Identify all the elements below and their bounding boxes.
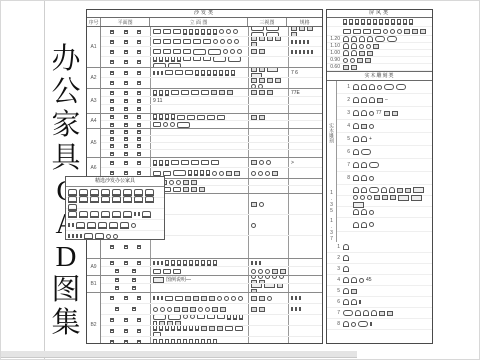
cad-symbol-strip: [352, 209, 375, 215]
cad-symbol-strip: [250, 296, 273, 301]
cad-block-icon: [185, 296, 191, 301]
cad-block-icon: [303, 40, 305, 44]
cad-symbol-strip: [250, 90, 274, 95]
cad-block-icon: [259, 68, 265, 72]
cad-symbol-strip: [342, 266, 350, 272]
table-cell: [249, 78, 289, 88]
cad-symbol-strip: [102, 152, 149, 156]
cad-block-icon: [137, 91, 141, 95]
cad-block-icon: [193, 296, 199, 301]
bottom-edge-strip: [1, 351, 357, 358]
table-cell: [151, 68, 249, 77]
cad-symbol-strip: [102, 161, 149, 165]
cad-block-icon: [355, 310, 361, 316]
cad-block-icon: [177, 326, 181, 331]
cad-block-icon: [303, 50, 305, 54]
cad-block-icon: [382, 195, 388, 200]
table-cell: [289, 293, 322, 303]
table-cell: [151, 105, 249, 113]
table-cell: [249, 37, 289, 46]
cad-symbol-strip: [342, 29, 427, 34]
cad-block-icon: [157, 296, 159, 300]
cad-block-icon: [110, 60, 114, 64]
table-cell: [289, 57, 322, 67]
table-cell: [151, 158, 249, 167]
cad-block-icon: [258, 269, 263, 274]
table-row: [101, 121, 322, 128]
cad-block-icon: [68, 211, 77, 218]
cad-block-icon: [361, 162, 367, 168]
row-label: 8: [328, 321, 342, 327]
cad-block-icon: [142, 211, 151, 218]
cad-block-icon: [110, 137, 114, 141]
table-cell: [249, 105, 289, 113]
cad-block-icon: [355, 19, 359, 25]
row-label: 1.00: [328, 50, 342, 56]
cad-block-icon: [367, 19, 371, 25]
cad-block-icon: [213, 339, 217, 345]
cad-block-icon: [413, 187, 424, 193]
table-cell: [249, 129, 289, 135]
row-label: 1.20: [328, 36, 342, 42]
cad-block-icon: [343, 288, 349, 294]
table-cell: [249, 304, 289, 314]
table-cell: [101, 337, 151, 344]
empty-space: [327, 330, 432, 343]
cad-block-icon: [343, 65, 349, 70]
cad-block-icon: [367, 51, 373, 56]
cad-block-icon: [165, 260, 169, 266]
cad-block-icon: [351, 36, 357, 42]
cad-block-icon: [137, 144, 141, 148]
cad-block-icon: [165, 326, 169, 331]
cad-block-icon: [359, 36, 365, 42]
table-row: [101, 304, 322, 315]
cad-block-icon: [363, 29, 371, 34]
group-code: A4: [87, 114, 101, 128]
cad-symbol-strip: [342, 310, 394, 316]
cad-block-icon: [259, 160, 264, 165]
cad-block-icon: [272, 276, 277, 279]
cad-block-icon: [275, 78, 281, 83]
cad-block-icon: [299, 50, 301, 54]
table-cell: [101, 97, 151, 104]
table-cell: [249, 284, 289, 292]
table-cell: [151, 326, 249, 336]
title-char: 图: [51, 274, 80, 307]
cad-block-icon: [124, 71, 128, 75]
cad-block-icon: [353, 162, 359, 168]
cad-block-icon: [173, 49, 181, 54]
subtable-row: [66, 209, 164, 220]
table-row: [101, 143, 322, 150]
cad-block-icon: [396, 84, 406, 90]
cad-block-icon: [201, 339, 205, 345]
cad-block-icon: [366, 44, 371, 49]
cad-symbol-strip: [250, 160, 272, 165]
micro-text: >: [291, 160, 294, 166]
cad-block-icon: [173, 29, 181, 34]
cad-block-icon: [183, 39, 191, 44]
cad-symbol-strip: 45: [342, 277, 373, 283]
cad-block-icon: [390, 29, 395, 34]
cad-block-icon: [251, 73, 262, 77]
cad-block-icon: [201, 326, 207, 331]
block-side-label: 1.37: [327, 218, 337, 242]
cad-block-icon: [137, 161, 141, 165]
cad-block-icon: [153, 277, 164, 283]
title-char: 具: [51, 142, 80, 175]
cad-block-icon: [213, 39, 218, 44]
cad-block-icon: [124, 171, 128, 175]
cad-block-icon: [193, 39, 201, 44]
cad-block-icon: [259, 49, 265, 54]
cad-block-icon: [258, 171, 263, 176]
cad-block-icon: [205, 307, 210, 312]
cad-block-icon: [360, 195, 365, 200]
cad-block-icon: [199, 187, 205, 192]
table-row: 0.60: [327, 64, 432, 71]
row-label: 7: [338, 162, 352, 168]
cad-block-icon: [132, 286, 136, 290]
cad-symbol-strip: [152, 296, 244, 301]
cad-block-icon: [351, 322, 356, 327]
cad-block-icon: [183, 326, 187, 331]
cad-block-icon: [115, 269, 119, 273]
cad-symbol-strip: [290, 40, 310, 44]
cad-block-icon: [161, 261, 163, 265]
cad-block-icon: [223, 49, 228, 54]
cad-block-icon: [170, 122, 175, 127]
cad-block-icon: [167, 321, 173, 325]
cad-block-icon: [220, 39, 225, 44]
cad-symbol-strip: [67, 211, 152, 218]
cad-block-icon: [207, 70, 211, 76]
table-row: 7: [337, 159, 432, 172]
cad-symbol-strip: [67, 189, 155, 196]
cad-block-icon: [201, 160, 209, 165]
cad-block-icon: [361, 19, 365, 25]
table-cell: [151, 259, 249, 266]
column-header: 平面图: [101, 18, 151, 26]
cad-symbol-strip: [152, 57, 247, 67]
table-group: A9: [87, 259, 322, 276]
cad-block-icon: [266, 160, 271, 165]
cad-block-icon: [265, 269, 270, 274]
table-row: 1.20: [327, 36, 432, 43]
table-group: B1图例说明—: [87, 276, 322, 293]
table-cell: [101, 57, 151, 67]
table-group: A5: [87, 129, 322, 158]
table-cell: [289, 284, 322, 292]
cad-block-icon: [353, 110, 359, 116]
table-row: [101, 129, 322, 136]
table-cell: [249, 121, 289, 128]
group-code: A3: [87, 89, 101, 113]
cad-block-icon: [79, 211, 88, 218]
cad-symbol-strip: [102, 91, 149, 95]
cad-block-icon: [124, 30, 128, 34]
cad-block-icon: [351, 277, 357, 283]
cad-block-icon: [110, 329, 114, 333]
cad-block-icon: [124, 130, 128, 134]
cad-block-icon: [251, 284, 262, 288]
cad-block-icon: [266, 27, 279, 31]
cad-block-icon: [357, 58, 363, 63]
cad-block-icon: [76, 234, 78, 238]
cad-symbol-strip: [250, 307, 266, 312]
cad-block-icon: [153, 71, 155, 75]
cad-symbol-strip: 77E: [290, 90, 301, 96]
row-label: 8: [338, 175, 352, 181]
cad-block-icon: [174, 307, 180, 312]
cad-block-icon: [153, 160, 157, 166]
cad-symbol-strip: 7 6: [290, 70, 299, 76]
cad-block-icon: [207, 339, 211, 345]
cad-symbol-strip: [152, 70, 236, 76]
cad-block-icon: [390, 195, 396, 200]
cad-block-icon: [259, 307, 265, 312]
cad-block-icon: [176, 180, 181, 185]
table-row: 1.10: [327, 43, 432, 50]
table-row: 1: [337, 81, 432, 94]
cad-block-icon: [307, 40, 309, 44]
cad-block-icon: [258, 276, 263, 279]
cad-block-icon: [68, 189, 77, 196]
table-cell: [151, 267, 249, 275]
cad-block-icon: [110, 152, 114, 156]
block-side-label: 实木雕刻: [327, 81, 337, 185]
cad-block-icon: [177, 122, 190, 128]
cad-symbol-strip: [250, 223, 257, 228]
group-code: A9: [87, 259, 101, 275]
cad-block-icon: [153, 296, 155, 300]
cad-symbol-strip: [102, 50, 149, 54]
cad-symbol-strip: [250, 284, 287, 292]
cad-block-icon: [353, 149, 359, 155]
main-table-title: 沙发类: [87, 10, 322, 18]
cad-block-icon: [291, 27, 297, 31]
cad-block-icon: [295, 50, 297, 54]
cad-block-icon: [110, 130, 114, 134]
cad-block-icon: [177, 339, 181, 345]
cad-block-icon: [361, 124, 367, 129]
table-row: 1.00: [327, 50, 432, 57]
cad-block-icon: [168, 315, 181, 320]
cad-block-icon: [343, 310, 353, 316]
table-cell: [249, 315, 289, 325]
table-cell: [249, 259, 289, 266]
table-row: 6: [327, 297, 432, 308]
cad-block-icon: [101, 189, 110, 196]
row-label: 5: [328, 288, 342, 294]
cad-block-icon: [189, 339, 193, 345]
subtable-title: 精选沙发办公家具: [66, 177, 164, 187]
cad-symbol-strip: [352, 149, 372, 155]
cad-block-icon: [124, 245, 128, 249]
cad-block-icon: [137, 261, 141, 265]
cad-symbol-strip: [152, 269, 182, 274]
cad-block-icon: [259, 261, 261, 265]
cad-block-icon: [124, 50, 128, 54]
cad-block-icon: [251, 90, 257, 95]
cad-block-icon: [259, 115, 265, 120]
cad-block-icon: [265, 276, 270, 279]
cad-block-icon: [189, 260, 193, 266]
cad-symbol-strip: [152, 90, 234, 96]
cad-block-icon: [369, 222, 374, 227]
cad-block-icon: [295, 296, 297, 300]
cad-symbol-strip: [152, 307, 227, 312]
cad-block-icon: [203, 39, 211, 44]
cad-block-icon: [190, 315, 195, 319]
cad-block-icon: [379, 19, 383, 25]
cad-block-icon: [379, 311, 385, 316]
cad-block-icon: [101, 211, 110, 218]
cad-block-icon: [163, 39, 171, 44]
cad-block-icon: [201, 70, 205, 76]
cad-symbol-strip: [250, 115, 266, 120]
cad-block-icon: [239, 315, 243, 320]
cad-block-icon: [299, 40, 301, 44]
table-cell: [151, 236, 249, 258]
cad-block-icon: [120, 222, 129, 229]
micro-text: 图例说明—: [166, 276, 191, 283]
cad-block-icon: [201, 90, 209, 95]
group-code: B1: [87, 276, 101, 292]
table-cell: [101, 284, 151, 292]
cad-block-icon: [161, 296, 163, 300]
cad-symbol-strip: [290, 307, 302, 311]
cad-block-icon: [299, 27, 305, 31]
cad-block-icon: [272, 171, 278, 176]
cad-symbol-strip: [102, 296, 149, 300]
table-cell: [101, 37, 151, 46]
cad-block-icon: [110, 115, 114, 119]
cad-block-icon: [291, 50, 293, 54]
cad-block-icon: [384, 84, 394, 90]
table-cell: [289, 186, 322, 193]
cad-block-icon: [377, 98, 383, 103]
cad-block-icon: [351, 43, 357, 49]
cad-block-icon: [227, 90, 233, 95]
cad-block-icon: [201, 29, 205, 35]
slide: 办公家具CAD图集 沙发类 序号平面图立 面 图三视图规格 A1A27 6A37…: [0, 0, 480, 360]
cad-block-icon: [159, 339, 163, 345]
cad-symbol-strip: [102, 30, 149, 34]
cad-block-icon: [110, 261, 114, 265]
cad-symbol-strip: [102, 245, 149, 249]
cad-block-icon: [307, 27, 313, 31]
cad-block-icon: [153, 339, 157, 345]
table-cell: [289, 150, 322, 157]
row-label: 6: [328, 299, 342, 305]
cad-block-icon: [138, 212, 140, 216]
cad-block-icon: [343, 321, 349, 327]
cad-block-icon: [369, 84, 375, 90]
cad-block-icon: [183, 187, 189, 192]
cad-block-icon: [197, 315, 205, 319]
table-cell: [249, 27, 289, 36]
cad-block-icon: [159, 326, 163, 331]
cad-symbol-strip: [102, 115, 149, 119]
cad-block-icon: [137, 81, 141, 85]
cad-symbol-strip: [290, 296, 302, 300]
table-row: 8: [327, 319, 432, 330]
row-label: 3: [328, 266, 342, 272]
cad-symbol-strip: [342, 288, 358, 294]
table-group: B2: [87, 293, 322, 344]
table-row: [101, 326, 322, 337]
cad-block-icon: [361, 110, 367, 116]
cad-block-icon: [110, 91, 114, 95]
cad-symbol-strip: [152, 339, 218, 345]
cad-block-icon: [353, 136, 359, 142]
table-row: 8: [337, 172, 432, 185]
table-cell: [289, 179, 322, 185]
cad-symbol-strip: [342, 255, 350, 261]
cad-block-icon: [110, 81, 114, 85]
cad-block-icon: [163, 171, 171, 176]
cad-block-icon: [87, 222, 96, 229]
cad-block-icon: [165, 160, 169, 166]
cad-block-icon: [124, 60, 128, 64]
group-code: A1: [87, 27, 101, 67]
cad-block-icon: [195, 70, 199, 76]
table-cell: [151, 315, 249, 325]
table-group: A377E9 11: [87, 89, 322, 114]
cad-block-icon: [359, 278, 364, 283]
table-cell: [249, 186, 289, 193]
cad-block-icon: [403, 19, 407, 25]
cad-symbol-strip: [250, 269, 287, 274]
table-cell: [151, 186, 249, 193]
table-cell: [151, 57, 249, 67]
cad-symbol-strip: [152, 326, 247, 336]
cad-block-icon: [79, 189, 88, 196]
cad-block-icon: [194, 170, 198, 176]
cad-block-icon: [259, 90, 265, 95]
table-cell: [249, 158, 289, 167]
table-cell: [151, 194, 249, 214]
table-cell: [151, 114, 249, 120]
cad-block-icon: [182, 307, 188, 312]
cad-block-icon: [173, 170, 186, 176]
cad-block-icon: [163, 122, 168, 127]
table-row: 377: [337, 107, 432, 120]
cad-block-icon: [112, 211, 121, 218]
inset-sofa-subtable: 精选沙发办公家具: [65, 176, 165, 240]
cad-block-icon: [197, 115, 205, 120]
cad-block-icon: [68, 196, 77, 203]
table-row: 1: [327, 242, 432, 253]
table-row: [101, 150, 322, 157]
cad-block-icon: [189, 326, 193, 331]
cad-block-icon: [387, 36, 397, 42]
cad-block-icon: [137, 340, 141, 344]
table-row: 0.90: [327, 57, 432, 64]
cad-block-icon: [267, 90, 273, 95]
table-cell: [151, 143, 249, 149]
cad-block-icon: [159, 90, 163, 96]
cad-block-icon: [361, 175, 367, 181]
cad-block-icon: [343, 299, 349, 305]
cad-block-icon: [175, 296, 183, 301]
cad-block-icon: [226, 171, 232, 176]
cad-block-icon: [343, 43, 349, 49]
table-cell: [249, 179, 289, 185]
table-cell: [101, 114, 151, 120]
